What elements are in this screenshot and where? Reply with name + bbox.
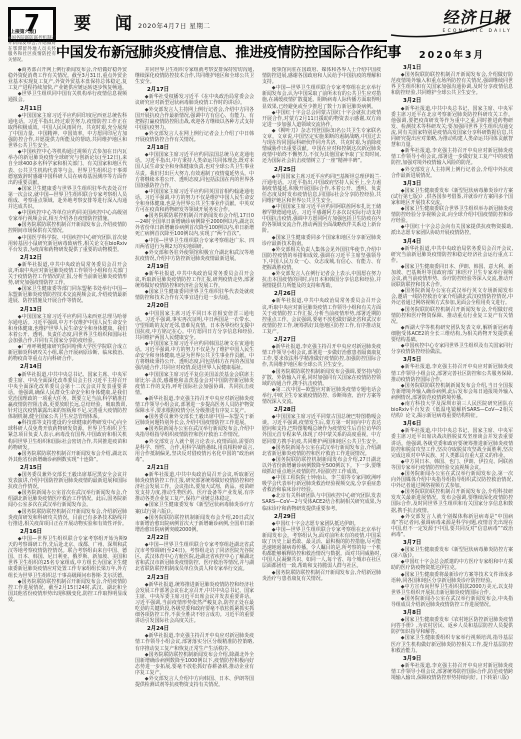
jump-intro-paragraph: ◆国务院联防联控机制召开新闻发布会,介绍做好在鄂滞留外地人员关怀服务和社区疫情防… <box>8 36 56 63</box>
entry-date: 2月29日 <box>262 514 381 520</box>
masthead-title: 经济日报 <box>442 5 513 28</box>
article-paragraph: ◆国务院联防联控机制召开新闻发布会,介绍疫情防控工作进展情况。截至2月15日24… <box>8 579 127 603</box>
entry-date: 2月15日 <box>8 465 127 471</box>
article-paragraph: ◆国务院新闻办公室在武汉举行新闻发布会,第一次向外国媒体介绍中央指导组指导组织武… <box>391 471 513 489</box>
article-paragraph: ◆外交部发言人介绍中方向韩国、日本、伊朗等国提供检测试剂等抗疫物资支持有关情况。 <box>135 676 254 688</box>
article-paragraph: ◆国家卫生健康委等部门同东盟秘书处举行中国—东盟新冠肺炎疫情防控技术交流视频会议… <box>8 286 127 304</box>
article-paragraph: ◆中国国家主席习近平同日本首相安倍晋三通电话。习近平强调,事实再次证明,中日两国… <box>135 311 254 341</box>
article-paragraph: ◆中国疾控中心专家同世界卫生组织及有关国家同行分享疫情防控经验做法。 <box>391 343 513 355</box>
article-paragraph: ◆新华社报道,中共中央总书记、国家主席、中央军委主席、中央全面深化改革委员会主任… <box>8 372 127 421</box>
article-paragraph: ◆广州呼吸健康研究院同哈佛大学医学院联合成立新冠肺炎科研攻关小组,联合开展病原诊… <box>8 344 127 362</box>
article-paragraph: ◆国务院联防联控机制召开新闻发布会,介绍新冠肺炎治疗与患者康复有关情况。 <box>262 570 381 582</box>
article-paragraph: ◆中国—世界卫生组织联合专家考察组赴广东、四川两省进行为期2天的实地调研。 <box>135 238 254 250</box>
article-paragraph: ◆新华社报道,李克强主持召开中央应对新冠肺炎疫情工作领导小组会议,部署完善社区防… <box>391 364 513 382</box>
article-paragraph: ◆国家卫生健康委组织专家举行视频培训,指导基层医疗卫生机构做好新冠肺炎防控相关工… <box>391 635 513 653</box>
entry-date: 2月24日 <box>135 626 254 632</box>
entry-date: 3月8日 <box>391 610 513 616</box>
article-paragraph: ◆中国疾控中心等机构通过视频方式参加在日内瓦举办的新冠肺炎疫情全球研究与创新论坛… <box>8 149 127 186</box>
article-paragraph: ◆国务院联防联控机制新闻发布会介绍,除湖北外全国新增确诊病例数降至1000例以下… <box>135 652 254 676</box>
section-title: 要 闻 <box>74 9 141 34</box>
article-paragraph: ◆新华社报道,中共中央政治局常务委员会召开会议,听取新冠肺炎疫情防控工作汇报,研… <box>135 271 254 289</box>
article-paragraph: ◆新华社报道,李克强主持召开中央应对新冠肺炎疫情工作领导小组会议,部署落实分区分… <box>135 633 254 651</box>
article-paragraph: ◆中国国家主席习近平应约同阿联酋阿布扎比王储穆罕默德通电话。习近平感谢阿方多次以… <box>262 204 381 234</box>
jump-block: (上接第六版) ◆国务院联防联控机制召开新闻发布会,介绍做好在鄂滞留外地人员关怀… <box>8 28 56 63</box>
article-paragraph: ◆国家卫生健康委发布《新型冠状病毒肺炎防控方案(第六版)》。 <box>391 547 513 559</box>
article-paragraph: ◆国家卫生健康委与世界卫生组织驻华代表处召开第一次会议,就中国—世界卫生组织联合… <box>8 186 127 210</box>
article-paragraph: ◆国务院联防联控机制召开新闻发布会,介绍科技研发攻关最新进展情况。发布会强调,要… <box>391 489 513 513</box>
article-paragraph: ◆新华社报道,中共中央政治局常务委员会召开会议,听取中央应对新冠肺炎疫情工作领导… <box>8 262 127 286</box>
article-paragraph: ◆外交部发言人就个别媒体称新冠病毒是“中国病毒”答记者问,强调病毒来源是科学问题… <box>391 514 513 538</box>
article-paragraph: ◆新华社报道,中共中央政治局常务委员会召开会议,听取中央应对新冠肺炎疫情工作领导… <box>262 298 381 335</box>
article-paragraph: ◆中国红十字会总会向有关国家提供抗疫物资援助,派出志愿专家团队协助开展疫情防控。 <box>391 224 513 236</box>
article-paragraph: ◆《柳叶刀》杂志刊登国际知名公共卫生专家联名文章。文章说,中国坚定实施果断的遏制… <box>262 128 381 165</box>
entry-date: 2月23日 <box>135 575 254 581</box>
article-paragraph: ◆西湖大学等机构研究团队发表文章,解析新冠病毒细胞受体ACE2的全长三维结构,为… <box>391 325 513 343</box>
entry-date: 3月1日 <box>391 65 513 71</box>
entry-date: 2月22日 <box>135 535 254 541</box>
entry-date: 2月16日 <box>8 529 127 535</box>
article-paragraph: ◆外交部发言人主持网上例行记者会,介绍中外抗疫合作最新进展情况。 <box>391 167 513 179</box>
article-paragraph: ◆新华社报道,统筹推进新冠肺炎疫情防控和经济社会发展工作部署会议在北京召开,中共… <box>135 582 254 625</box>
article-paragraph: ◆中国国家主席习近平同蒙古国总统巴特图勒嘎会谈。习近平强调,疫情发生后,蒙方第一… <box>262 414 381 444</box>
article-paragraph: ◆新华社报道,中共中央总书记、国家主席、中央军委主席习近平出席决战决胜脱贫攻坚座… <box>391 428 513 458</box>
article-paragraph: ◆第二次中国—欧盟应对新冠肺炎疫情专题电话会举行,中欧卫生专家就疫情防控、诊断筛… <box>262 387 381 405</box>
article-paragraph: ◆新华社报道,李克强主持召开中央应对新冠肺炎疫情工作领导小组会议,部署进一步提高… <box>135 396 254 414</box>
article-paragraph: ◆国务院新闻办公室在武汉举行新闻发布会,中央指导组成员介绍新冠肺炎疫情防控工作进… <box>391 596 513 608</box>
article-headline: 中国发布新冠肺炎疫情信息、推进疫情防控国际合作纪事 <box>56 42 389 62</box>
entry-date: 2月28日 <box>262 407 381 413</box>
article-paragraph: ◆国务院联防联控机制新闻发布会介绍,20日武汉市新增治愈出院病例首次大于新增确诊… <box>135 515 254 533</box>
article-paragraph: ◆新华社报道,李克强主持召开中央应对新冠肺炎疫情工作领导小组会议,部署进一步做好… <box>262 344 381 368</box>
article-paragraph: ◆国务院新闻办公室在武汉举行新闻发布会,介绍中央指导组指导组织疫情防控和医疗救治… <box>135 426 254 438</box>
article-paragraph: ◆国家卫生健康委联合世界卫生组织举办新冠肺炎疫情防控经验分享视频会议,向全球介绍… <box>391 206 513 224</box>
article-paragraph: ◆国家卫生健康委发布《农村地区防控新冠肺炎疫情问答手册》,为农村居民、返乡人员和… <box>391 617 513 635</box>
entry-date: 2月19日 <box>135 264 254 270</box>
article-paragraph: ◆外交部和各驻外使领馆积极宣介湖北和武汉等地抗疫情况,介绍中方防控新冠肺炎疫情最… <box>135 250 254 262</box>
entry-date: 2月27日 <box>262 337 381 343</box>
article-paragraph: ◆南方科技大学及深圳市第三人民医院研究团队在bioRxiv平台发表《低温电镜解析… <box>391 401 513 419</box>
entry-date: 2月13日 <box>8 307 127 313</box>
article-paragraph: ◆中国红十字会总会同蒙古国红十字会就抗击疫情开展合作,对蒙方2月11日援助的物资… <box>262 110 381 128</box>
article-paragraph: 使领馆向驻在国政府、媒体和各界人士介绍中国疫情防控进展,感谢各国政府和人民给予中… <box>262 67 381 85</box>
article-paragraph: ◆国务院联防联控机制召开新闻发布会,介绍新冠肺炎疫苗研发和科研攻关情况。目前已有… <box>8 509 127 527</box>
article-paragraph: ◆中国—世界卫生组织联合专家考察组开始为期9天的考察调研工作,先后赴北京、成都、… <box>8 536 127 579</box>
article-paragraph: ◆中方宣布向世界卫生组织捐款2000万美元,以支持世界卫生组织开展抗击新冠肺炎疫… <box>391 584 513 596</box>
article-paragraph: ◆科技部等支持建设的全球健康药物研发中心向全球科研人员免费开放药物研发资源。世界… <box>8 420 127 450</box>
article-paragraph: ◆外交部发言人在网上例行记者会上介绍了中日韩开展疫情防控合作有关情况。 <box>135 131 254 143</box>
article-paragraph: ◆国务院联防联控机制召开新闻发布会,介绍做好防范疫情境外输入和重点场所防控有关情… <box>391 72 513 96</box>
article-paragraph: ◆新华社报道,中共中央总书记、国家主席、中央军委主席习近平在北京考察新冠肺炎防控… <box>391 106 513 149</box>
article-paragraph: ◆中国国家主席习近平复信美国盖茨基金会联席主席比尔·盖茨,感谢他和盖茨基金会对中… <box>135 372 254 396</box>
article-paragraph: ◆世界卫生组织同中国有关机构举行疫情信息视频通报会。 <box>8 91 127 103</box>
article-paragraph: ◆中国疾控中心等单位应约同美国疾控中心高级别专家举行视频会议,相互介绍各自疫情防… <box>8 210 127 222</box>
article-paragraph: ◆国务院新闻办公室首次在武汉举行新闻发布会,介绍湖北新冠肺炎疫情医疗救治工作情况… <box>8 490 127 508</box>
article-paragraph: ◆国家卫生健康委将最新诊疗方案等技术文件译成多语种,同各国和地区分享新冠肺炎诊疗… <box>391 572 513 584</box>
article-paragraph: ◆中国—世界卫生组织联合专家考察组在北京举行新闻发布会,认为中国采取了前所未有的… <box>262 85 381 109</box>
article-column-2: 并同世界卫生组织专家组就考察安排保持密切沟通,继续深化疫情防控技术合作,共同维护… <box>135 67 254 735</box>
month-section-header: 2020年3月 <box>391 47 513 61</box>
entry-date: 3月9日 <box>391 656 513 662</box>
article-paragraph: ◆国务院联防联控机制新闻发布会强调,要坚持内防扩散、外防输入并重,同时加强同有关… <box>262 369 381 387</box>
entry-date: 2月25日 <box>262 167 381 173</box>
entry-date: 3月2日 <box>391 98 513 104</box>
article-paragraph: ◆中国国家主席习近平应约同法国总统马克龙通电话。习近平指出,中方秉持人类命运共同… <box>135 152 254 189</box>
article-paragraph: ◆国家卫生健康委发布《新型冠状病毒肺炎诊疗方案(试行第七版)》,供各国参考借鉴,… <box>391 188 513 206</box>
article-paragraph: ◆国务委员兼外交部长王毅出席中国—东盟关于新冠肺炎问题特别外长会,介绍中国疫情防… <box>135 414 254 426</box>
article-paragraph: ◆北京有关科研团队与中国疾控中心研究团队发表SARS—CoV—2与受体ACE2结… <box>262 493 381 511</box>
article-paragraph: ◆商务部召开网上例行新闻发布会,介绍做好稳外贸稳外资促消费工作有关情况。截至3月… <box>8 67 127 91</box>
article-paragraph: 并同世界卫生组织专家组就考察安排保持密切沟通,继续深化疫情防控技术合作,共同维护… <box>135 67 254 85</box>
article-column-4: 2020年3月 3月1日◆国务院联防联控机制召开新闻发布会,介绍做好防范疫情境外… <box>391 45 513 735</box>
article-paragraph: ◆新华社报道,李克强主持召开中央应对新冠肺炎疫情工作领导小组会议,部署进一步做好… <box>391 148 513 166</box>
entry-date: 2月20日 <box>135 303 254 309</box>
article-paragraph: ◆中国医学科学院、中国疾控中心研究团队首次使用转基因小鼠研究新冠病毒致病性,相关… <box>8 235 127 253</box>
article-paragraph: ◆中国国家主席习近平应约同韩国总统文在寅通电话。习近平强调,中方的努力不仅是为了… <box>135 341 254 371</box>
entry-date: 2月17日 <box>135 87 254 93</box>
article-paragraph: ◆新华社报道,李克强主持召开中央应对新冠肺炎疫情工作领导小组会议,部署统筹防控国… <box>391 663 513 681</box>
entry-date: 3月7日 <box>391 540 513 546</box>
article-paragraph: ◆国务院新闻办公室在武汉举行英文专场新闻发布会,邀请一线防控救治专家介绍湖北武汉… <box>391 288 513 306</box>
entry-date: 2月21日 <box>135 465 254 471</box>
entry-date: 2月18日 <box>135 145 254 151</box>
article-paragraph: ◆外交部相关负责人集体会见外国驻华使节,介绍中国防控疫情的举措和成效,强调在习近… <box>262 247 381 271</box>
article-paragraph: ◆国家卫生健康委发布《新型冠状病毒肺炎诊疗方案(试行第六版)》。 <box>135 502 254 514</box>
article-paragraph: ◆国务院联防联控机制召开新闻发布会,介绍做好疫情防控和医疗物资保障、推动重点行业… <box>391 307 513 325</box>
article-paragraph: ◆外交部发言人就个别言论表示,疫情面前,需要的是科学、理性、合作,用科学战胜愚昧… <box>135 439 254 463</box>
article-paragraph: ◆中国—世界卫生组织联合专家考察组赴湖北省武汉市考察调研(至24日)。考察组走访… <box>135 542 254 572</box>
article-paragraph: ◆中国国家主席习近平应约同马来西亚总理马哈蒂尔通电话。习近平强调,中方不仅维护中… <box>8 314 127 344</box>
article-paragraph: ◆外交部发言人在例行记者会上表示,中国愿在努力抗击本国疫情的同时,向日本和韩国分… <box>262 271 381 289</box>
jump-note: (上接第六版) <box>8 28 56 35</box>
entry-date: 2月11日 <box>8 106 127 112</box>
article-paragraph: ◆国家卫生健康委同日本、伊朗、韩国、意大利、新加坡、巴基斯坦等国政府部门和医疗卫… <box>391 264 513 288</box>
article-paragraph: ◆国务院新闻办公室在武汉举行新闻发布会,介绍湖北省新冠肺炎疫情防控和医疗救治工作… <box>262 445 381 457</box>
article-paragraph: ◆新华社受权播发习近平《在中央政治局常委会会议研究应对新型冠状病毒肺炎疫情工作时… <box>135 94 254 106</box>
article-paragraph: ◆国务院联防联控机制召开新闻发布会,介绍疫情防控期间市场保供有关情况。 <box>8 222 127 234</box>
article-paragraph: ◆外交部发言人主持网上例行记者会,介绍中方同各国开展抗疫合作最新情况,强调中方有… <box>135 107 254 131</box>
entry-date: 3月4日 <box>391 239 513 245</box>
newspaper-page: 7 要 闻 2020年4月7日 星期二 经济日报 ECONOMIC DAILY … <box>0 0 521 739</box>
article-paragraph: ◆中国国家主席习近平应约同巴基斯坦总理伊姆兰·汗通电话。习近平指出,中国政府坚持… <box>262 174 381 204</box>
entry-date: 3月3日 <box>391 181 513 187</box>
article-paragraph: ◆国务委员兼外交部长王毅出席慕尼黑安全会议并发表演讲,介绍中国防控新冠肺炎疫情的… <box>8 472 127 490</box>
article-column-1: ◆商务部召开网上例行新闻发布会,介绍做好稳外贸稳外资促消费工作有关情况。截至3月… <box>8 67 127 735</box>
article-paragraph: ◆中方同日本、韩国、也门、伊朗、伊拉克、阿联酋等国专家举行疫情防控经验交流视频会… <box>391 459 513 471</box>
article-paragraph: ◆新华社报道,中共中央政治局常务委员会召开会议,研究当前新冠肺炎疫情防控和稳定经… <box>391 246 513 264</box>
article-paragraph: ◆国务院联防联控机制新闻发布会介绍,当日全国报告新增境外输入确诊病例,此后发布会… <box>391 383 513 401</box>
entry-date: 2月12日 <box>8 255 127 261</box>
article-paragraph: ◆中国国家主席习近平应约同印度尼西亚总统佐科通电话。习近平指出,经过艰苦努力,疫… <box>8 113 127 150</box>
article-paragraph: ◆国务院联防联控机制召开新闻发布会介绍,17日0—24时全国单日新增确诊病例降至… <box>135 213 254 237</box>
article-paragraph: ◆中国国家主席习近平应约同英国首相约翰逊通电话。习近平强调,中方的努力不仅是维护… <box>135 189 254 213</box>
entry-date: 3月6日 <box>391 421 513 427</box>
page-date: 2020年4月7日 星期二 <box>138 21 210 30</box>
article-paragraph: ◆中国红十字会总会派遣的中方医疗专家组和中方援助的医疗防疫物资抵达伊拉克。 <box>391 559 513 571</box>
masthead: 经济日报 ECONOMIC DAILY <box>389 3 514 45</box>
article-paragraph: ◆国务院联防联控机制新闻发布会介绍,27日湖北以外省份新增确诊病例数降至500例… <box>262 457 381 475</box>
entry-date: 3月5日 <box>391 357 513 363</box>
entry-date: 2月26日 <box>262 291 381 297</box>
article-paragraph: ◆新华社报道,中共中央政治局召开会议,听取新冠肺炎疫情防控工作汇报,研究部署统筹… <box>135 472 254 502</box>
masthead-subtitle: ECONOMIC DAILY <box>443 29 512 34</box>
article-paragraph: ◆中国—世界卫生组织联合专家考察组在北京举行新闻发布会。考察组认为,面对前所未有… <box>262 527 381 570</box>
article-paragraph: ◆中国工程院院士钟南山、李兰娟等专家同欧洲呼吸学会代表举行新冠肺炎救治经验视频交… <box>262 475 381 493</box>
article-column-3: 使领馆向驻在国政府、媒体和各界人士介绍中国疫情防控进展,感谢各国政府和人民给予中… <box>262 67 381 735</box>
article-paragraph: ◆国务院联防联控机制召开新闻发布会介绍,湖北以外其他省份新增确诊病例数实现“十连… <box>8 451 127 463</box>
article-paragraph: ◆国家卫生健康委同多个国家和地区分享新冠肺炎诊疗最新技术指南。 <box>262 235 381 247</box>
article-paragraph: ◆国家卫生健康委同世界卫生组织驻华代表处就疫情防控和技术合作有关事宜进行进一步沟… <box>135 289 254 301</box>
entry-date: 2月14日 <box>8 364 127 370</box>
